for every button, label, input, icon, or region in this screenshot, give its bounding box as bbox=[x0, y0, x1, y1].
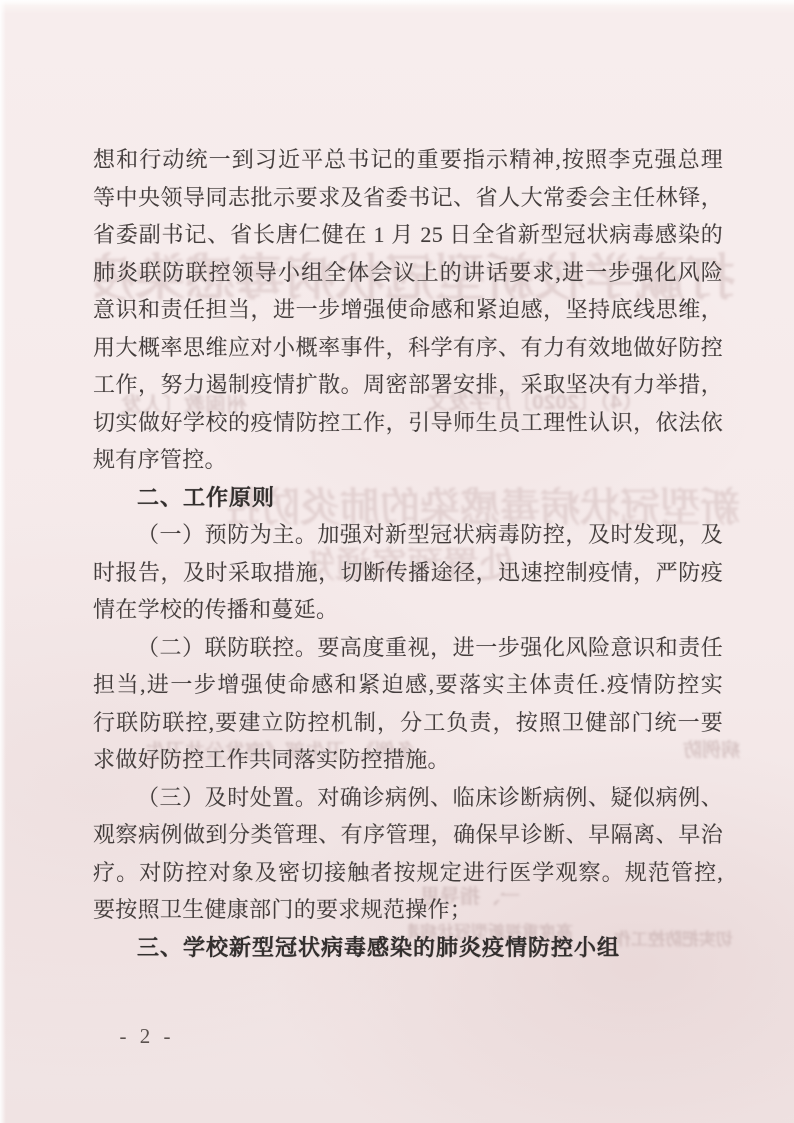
body-line: 规有序管控。 bbox=[93, 441, 723, 479]
document-body: 想和行动统一到习近平总书记的重要指示精神,按照李克强总理 等中央领导同志批示要求… bbox=[93, 141, 723, 966]
body-line: 要按照卫生健康部门的要求规范操作； bbox=[93, 891, 723, 929]
body-line: 省委副书记、省长唐仁健在 1 月 25 日全省新型冠状病毒感染的 bbox=[93, 216, 723, 254]
body-line: 行联防联控,要建立防控机制，分工负责，按照卫健部门统一要 bbox=[93, 704, 723, 742]
body-line: （二）联防联控。要高度重视，进一步强化风险意识和责任 bbox=[93, 629, 723, 667]
body-line: 时报告，及时采取措施，切断传播途径，迅速控制疫情，严防疫 bbox=[93, 554, 723, 592]
body-line: 想和行动统一到习近平总书记的重要指示精神,按照李克强总理 bbox=[93, 141, 723, 179]
body-line: 意识和责任担当，进一步增强使命感和紧迫感，坚持底线思维， bbox=[93, 291, 723, 329]
body-line: 担当,进一步增强使命感和紧迫感,要落实主体责任.疫情防控实 bbox=[93, 666, 723, 704]
section-heading-3: 三、学校新型冠状病毒感染的肺炎疫情防控小组 bbox=[93, 929, 723, 967]
section-heading-2: 二、工作原则 bbox=[93, 479, 723, 517]
body-line: 求做好防控工作共同落实防控措施。 bbox=[93, 741, 723, 779]
body-line: 疗。对防控对象及密切接触者按规定进行医学观察。规范管控, bbox=[93, 854, 723, 892]
body-line: 观察病例做到分类管理、有序管理，确保早诊断、早隔离、早治 bbox=[93, 816, 723, 854]
body-line: 用大概率思维应对小概率事件，科学有序、有力有效地做好防控 bbox=[93, 329, 723, 367]
body-line: 工作，努力遏制疫情扩散。周密部署安排，采取坚决有力举措， bbox=[93, 366, 723, 404]
body-line: 肺炎联防联控领导小组全体会议上的讲话要求,进一步强化风险 bbox=[93, 254, 723, 292]
page-number: - 2 - bbox=[110, 1024, 184, 1048]
body-line: （一）预防为主。加强对新型冠状病毒防控，及时发现，及 bbox=[93, 516, 723, 554]
body-line: 等中央领导同志批示要求及省委书记、省人大常委会主任林铎， bbox=[93, 179, 723, 217]
body-line: 切实做好学校的疫情防控工作，引导师生员工理性认识，依法依 bbox=[93, 404, 723, 442]
body-line: （三）及时处置。对确诊病例、临床诊断病例、疑似病例、 bbox=[93, 779, 723, 817]
scanned-document-page: 打赢学校新型冠状病毒感染疫 州闽教〔人发 （4）〔2020〕厅字发文 新型冠状病… bbox=[0, 0, 794, 1123]
body-line: 情在学校的传播和蔓延。 bbox=[93, 591, 723, 629]
